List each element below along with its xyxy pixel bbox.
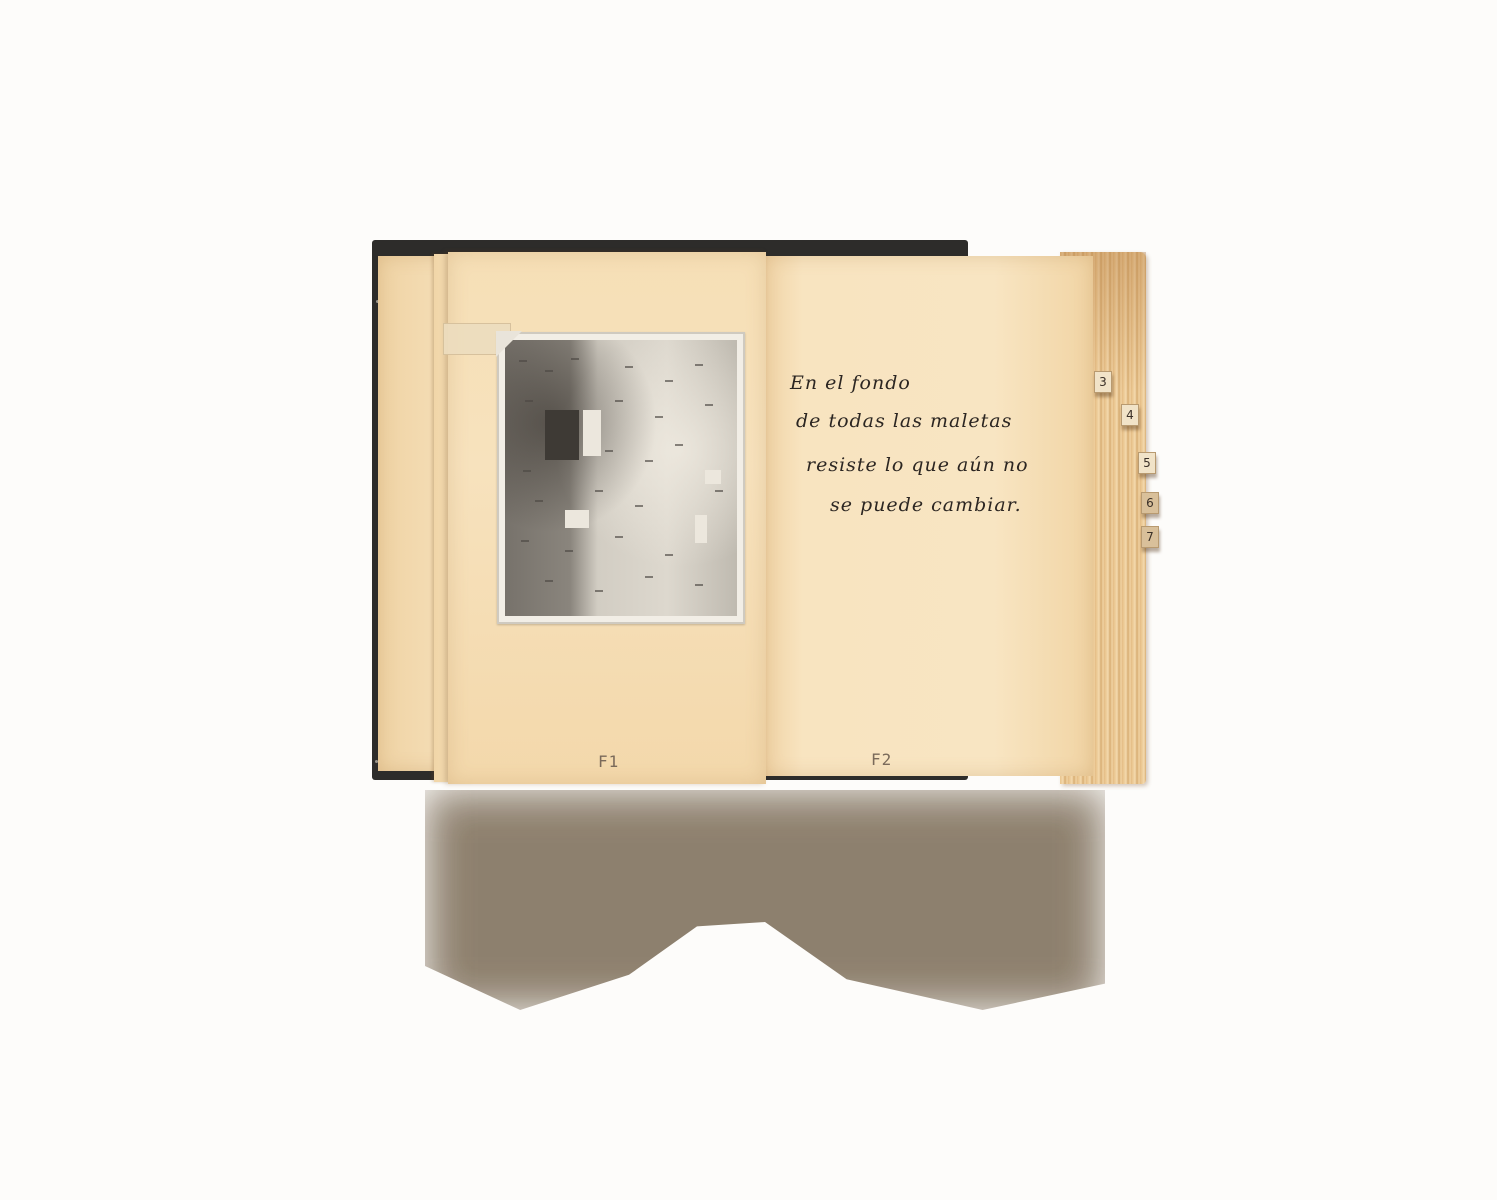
poem-line-2: de todas las maletas <box>796 412 1012 431</box>
photo-image <box>505 340 737 616</box>
polaroid-photo <box>497 332 745 624</box>
right-page <box>763 256 1093 776</box>
tab-7[interactable]: 7 <box>1141 526 1159 548</box>
tab-5[interactable]: 5 <box>1138 452 1156 474</box>
tab-3[interactable]: 3 <box>1094 371 1112 393</box>
poem-line-4: se puede cambiar. <box>830 496 1022 515</box>
poem-line-1: En el fondo <box>790 374 911 393</box>
poem-line-3: resiste lo que aún no <box>806 456 1029 475</box>
photo-corner-mount <box>496 331 522 357</box>
book-shadow <box>425 790 1105 1010</box>
book-photo: En el fondo de todas las maletas resiste… <box>0 0 1497 1200</box>
tab-4[interactable]: 4 <box>1121 404 1139 426</box>
tab-6[interactable]: 6 <box>1141 492 1159 514</box>
folio-left: F1 <box>598 752 619 771</box>
folio-right: F2 <box>871 750 892 769</box>
